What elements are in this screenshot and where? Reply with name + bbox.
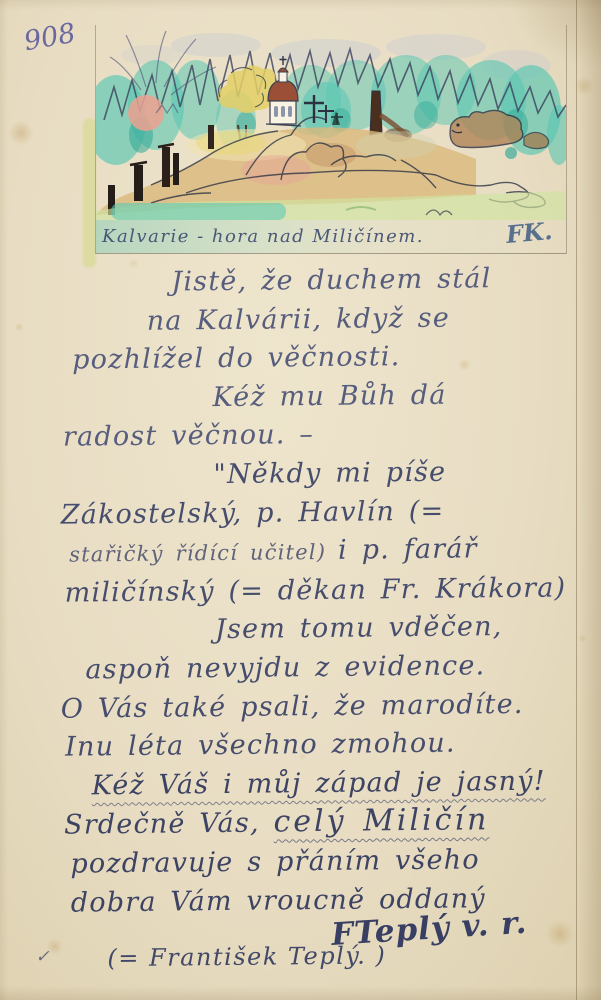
letter-line: pozdravuje s přáním všeho <box>70 840 577 884</box>
letter-body: Jistě, že duchem stál na Kalvárii, když … <box>56 259 579 1000</box>
fox-stain <box>578 634 587 643</box>
illustration-caption-row: Kalvarie - hora nad Miličínem. FK. <box>96 220 566 253</box>
manuscript-page: 908 <box>0 0 601 1000</box>
letter-line: Srdečně Vás, celý Miličín <box>64 801 577 846</box>
letter-line: stařičký řídící učitel) i p. farář <box>69 529 574 574</box>
letter-line: Kéž Váš i můj západ je jasný! <box>91 762 576 806</box>
letter-line: Kéž mu Bůh dá <box>212 375 572 417</box>
letter-line: miličínský (= děkan Fr. Krákora) <box>64 569 574 613</box>
signature-block: FTeplý v. r. ✓ (= František Teplý. ) <box>63 909 579 1000</box>
letter-line: Inu léta všechno zmohou. <box>65 723 576 767</box>
chapel <box>266 56 301 126</box>
letter-line: radost věčnou. – <box>63 414 573 458</box>
letter-line: na Kalvárii, když se <box>147 298 572 341</box>
letter-line: O Vás také psali, že marodíte. <box>61 685 576 729</box>
page-number: 908 <box>22 18 78 57</box>
chapel-windows <box>274 106 292 117</box>
letter-line: Jistě, že duchem stál <box>171 259 571 302</box>
fox-stain <box>574 76 594 96</box>
page-edge-right <box>576 0 601 1000</box>
letter-line: pozhlížel do věčnosti. <box>72 337 572 381</box>
fox-stain <box>14 322 24 332</box>
sun <box>128 95 164 131</box>
letter-line: Jsem tomu vděčen, <box>215 608 575 650</box>
letter-line: "Někdy mi píše <box>213 452 573 494</box>
letter-line: aspoň nevyjdu z evidence. <box>85 646 575 690</box>
artist-monogram: FK. <box>505 216 554 249</box>
signature-attribution: (= František Teplý. ) <box>107 941 386 972</box>
illustration-caption: Kalvarie - hora nad Miličínem. <box>102 226 424 247</box>
watercolor-illustration <box>96 25 566 220</box>
page-edge-left <box>0 0 8 1000</box>
check-mark: ✓ <box>35 947 49 967</box>
letter-line: Zákostelský, p. Havlín (= <box>61 491 574 535</box>
fox-stain <box>8 120 34 146</box>
illustration-figure: Kalvarie - hora nad Miličínem. FK. <box>95 25 567 254</box>
